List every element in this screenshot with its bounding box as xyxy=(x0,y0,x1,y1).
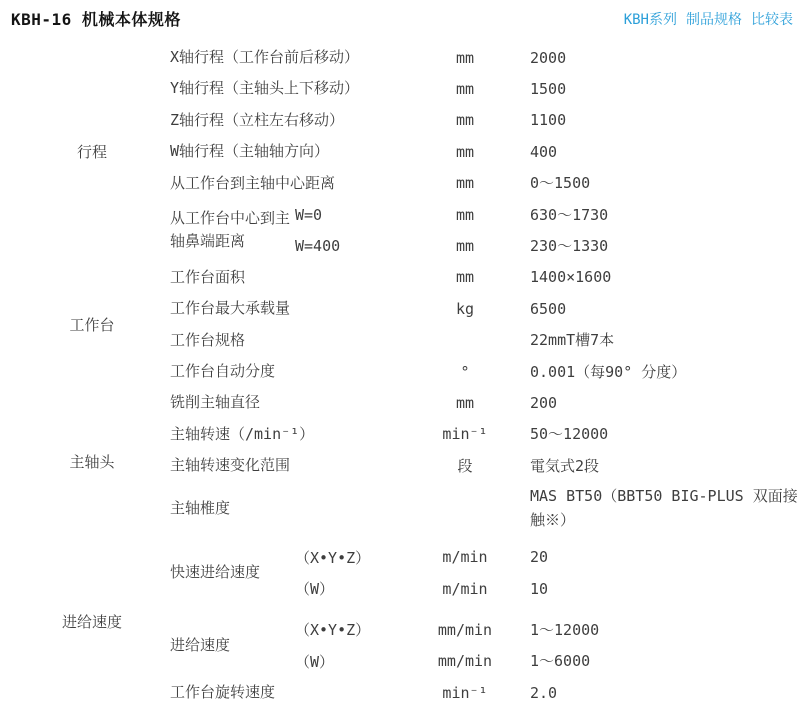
spec-label: 从工作台到主轴中心距离 xyxy=(170,172,420,195)
table-row: Y轴行程（主轴头上下移动） mm 1500 xyxy=(170,73,805,104)
page-title: KBH-16 机械本体规格 xyxy=(11,7,181,30)
table-row-group: 从工作台中心到主轴鼻端距离 W=0 mm 630～1730 W=400 mm 2… xyxy=(170,199,805,262)
table-row: 主轴转速（/min⁻¹） min⁻¹ 50～12000 xyxy=(170,419,805,450)
unit-cell: mm xyxy=(420,206,510,224)
unit-cell: kg xyxy=(420,300,510,318)
table-subrow: （W） m/min 10 xyxy=(295,573,805,604)
unit-cell: 段 xyxy=(420,455,510,476)
unit-cell: mm xyxy=(420,49,510,67)
spec-label: W轴行程（主轴轴方向） xyxy=(170,140,420,163)
table-row: 主轴椎度 MAS BT50（BBT50 BIG-PLUS 双面接触※） xyxy=(170,481,805,535)
table-row-group: 快速进给速度 （X•Y•Z） m/min 20 （W） m/min 10 xyxy=(170,541,805,604)
category-cell: 进给速度 xyxy=(0,535,170,706)
value-cell: 1500 xyxy=(510,77,805,101)
spec-sub-label: W=0 xyxy=(295,206,420,224)
unit-cell: mm xyxy=(420,394,510,412)
value-cell: 630～1730 xyxy=(510,203,805,227)
value-cell: 10 xyxy=(510,577,805,601)
table-subrow: （X•Y•Z） m/min 20 xyxy=(295,541,805,572)
table-row: 工作台旋转速度 min⁻¹ 2.0 xyxy=(170,677,805,706)
spec-sub-label: W=400 xyxy=(295,237,420,255)
table-subrow: （X•Y•Z） mm/min 1～12000 xyxy=(295,614,805,645)
value-cell: 230～1330 xyxy=(510,234,805,258)
value-cell: 1400×1600 xyxy=(510,265,805,289)
spec-label: 工作台规格 xyxy=(170,329,420,352)
table-row: 从工作台到主轴中心距离 mm 0～1500 xyxy=(170,168,805,199)
unit-cell: min⁻¹ xyxy=(420,425,510,443)
value-cell: 電気式2段 xyxy=(510,454,805,478)
table-row: Z轴行程（立柱左右移动） mm 1100 xyxy=(170,105,805,136)
spec-label: 快速进给速度 xyxy=(170,561,295,584)
value-cell: 22mmT槽7本 xyxy=(510,328,805,352)
category-cell: 行程 xyxy=(0,42,170,262)
nav-link-product-spec[interactable]: 制品规格 xyxy=(686,9,742,29)
value-cell: 1～12000 xyxy=(510,618,805,642)
table-row: W轴行程（主轴轴方向） mm 400 xyxy=(170,136,805,167)
value-cell: 400 xyxy=(510,140,805,164)
table-subrow: （W） mm/min 1～6000 xyxy=(295,646,805,677)
value-cell: 0～1500 xyxy=(510,171,805,195)
value-cell: MAS BT50（BBT50 BIG-PLUS 双面接触※） xyxy=(510,484,805,532)
spec-label: 工作台最大承载量 xyxy=(170,297,420,320)
value-cell: 50～12000 xyxy=(510,422,805,446)
unit-cell: mm xyxy=(420,174,510,192)
table-group-travel: 行程 X轴行程（工作台前后移动） mm 2000 Y轴行程（主轴头上下移动） m… xyxy=(0,42,805,262)
spec-label: 主轴椎度 xyxy=(170,497,420,520)
unit-cell: mm xyxy=(420,143,510,161)
top-nav: KBH系列 制品规格 比较表 xyxy=(624,9,793,29)
table-group-spindle: 主轴头 铣削主轴直径 mm 200 主轴转速（/min⁻¹） min⁻¹ 50～… xyxy=(0,387,805,535)
spec-label: 铣削主轴直径 xyxy=(170,391,420,414)
value-cell: 200 xyxy=(510,391,805,415)
table-subrow: W=400 mm 230～1330 xyxy=(295,230,805,261)
spec-label: X轴行程（工作台前后移动） xyxy=(170,46,420,69)
table-row: 工作台自动分度 ° 0.001（每90° 分度） xyxy=(170,356,805,387)
category-cell: 工作台 xyxy=(0,262,170,388)
spec-label: Y轴行程（主轴头上下移动） xyxy=(170,77,420,100)
page-header: KBH-16 机械本体规格 KBH系列 制品规格 比较表 xyxy=(0,0,805,42)
table-group-feed: 进给速度 快速进给速度 （X•Y•Z） m/min 20 （W） m/min 1… xyxy=(0,535,805,706)
table-row: 工作台规格 22mmT槽7本 xyxy=(170,325,805,356)
spec-label: 工作台自动分度 xyxy=(170,360,420,383)
table-subrow: W=0 mm 630～1730 xyxy=(295,199,805,230)
table-row: 铣削主轴直径 mm 200 xyxy=(170,387,805,418)
nav-link-compare-table[interactable]: 比较表 xyxy=(751,9,793,29)
spec-sub-label: （X•Y•Z） xyxy=(295,619,420,640)
value-cell: 20 xyxy=(510,545,805,569)
unit-cell: mm xyxy=(420,268,510,286)
unit-cell: mm xyxy=(420,80,510,98)
spec-sub-label: （W） xyxy=(295,651,420,672)
spec-label: 从工作台中心到主轴鼻端距离 xyxy=(170,207,295,254)
unit-cell: min⁻¹ xyxy=(420,684,510,702)
value-cell: 1100 xyxy=(510,108,805,132)
unit-cell: m/min xyxy=(420,548,510,566)
value-cell: 1～6000 xyxy=(510,649,805,673)
unit-cell: mm/min xyxy=(420,652,510,670)
category-cell: 主轴头 xyxy=(0,387,170,535)
spec-sub-label: （W） xyxy=(295,578,420,599)
unit-cell: mm/min xyxy=(420,621,510,639)
value-cell: 6500 xyxy=(510,297,805,321)
table-row: 工作台面积 mm 1400×1600 xyxy=(170,262,805,293)
unit-cell: mm xyxy=(420,111,510,129)
value-cell: 2.0 xyxy=(510,681,805,705)
table-row-group: 进给速度 （X•Y•Z） mm/min 1～12000 （W） mm/min 1… xyxy=(170,614,805,677)
nav-link-kbh-series[interactable]: KBH系列 xyxy=(624,9,677,29)
spec-label: 工作台旋转速度 xyxy=(170,681,420,704)
unit-cell: m/min xyxy=(420,580,510,598)
table-row: X轴行程（工作台前后移动） mm 2000 xyxy=(170,42,805,73)
spec-label: 进给速度 xyxy=(170,634,295,657)
unit-cell: ° xyxy=(420,363,510,381)
table-row: 工作台最大承载量 kg 6500 xyxy=(170,293,805,324)
spec-label: 工作台面积 xyxy=(170,266,420,289)
value-cell: 0.001（每90° 分度） xyxy=(510,360,805,384)
spec-label: 主轴转速（/min⁻¹） xyxy=(170,423,420,446)
spec-sub-label: （X•Y•Z） xyxy=(295,547,420,568)
table-row: 主轴转速变化范围 段 電気式2段 xyxy=(170,450,805,481)
unit-cell: mm xyxy=(420,237,510,255)
spec-label: Z轴行程（立柱左右移动） xyxy=(170,109,420,132)
value-cell: 2000 xyxy=(510,46,805,70)
spec-label: 主轴转速变化范围 xyxy=(170,454,420,477)
table-group-worktable: 工作台 工作台面积 mm 1400×1600 工作台最大承载量 kg 6500 … xyxy=(0,262,805,388)
spec-table: 行程 X轴行程（工作台前后移动） mm 2000 Y轴行程（主轴头上下移动） m… xyxy=(0,42,805,706)
